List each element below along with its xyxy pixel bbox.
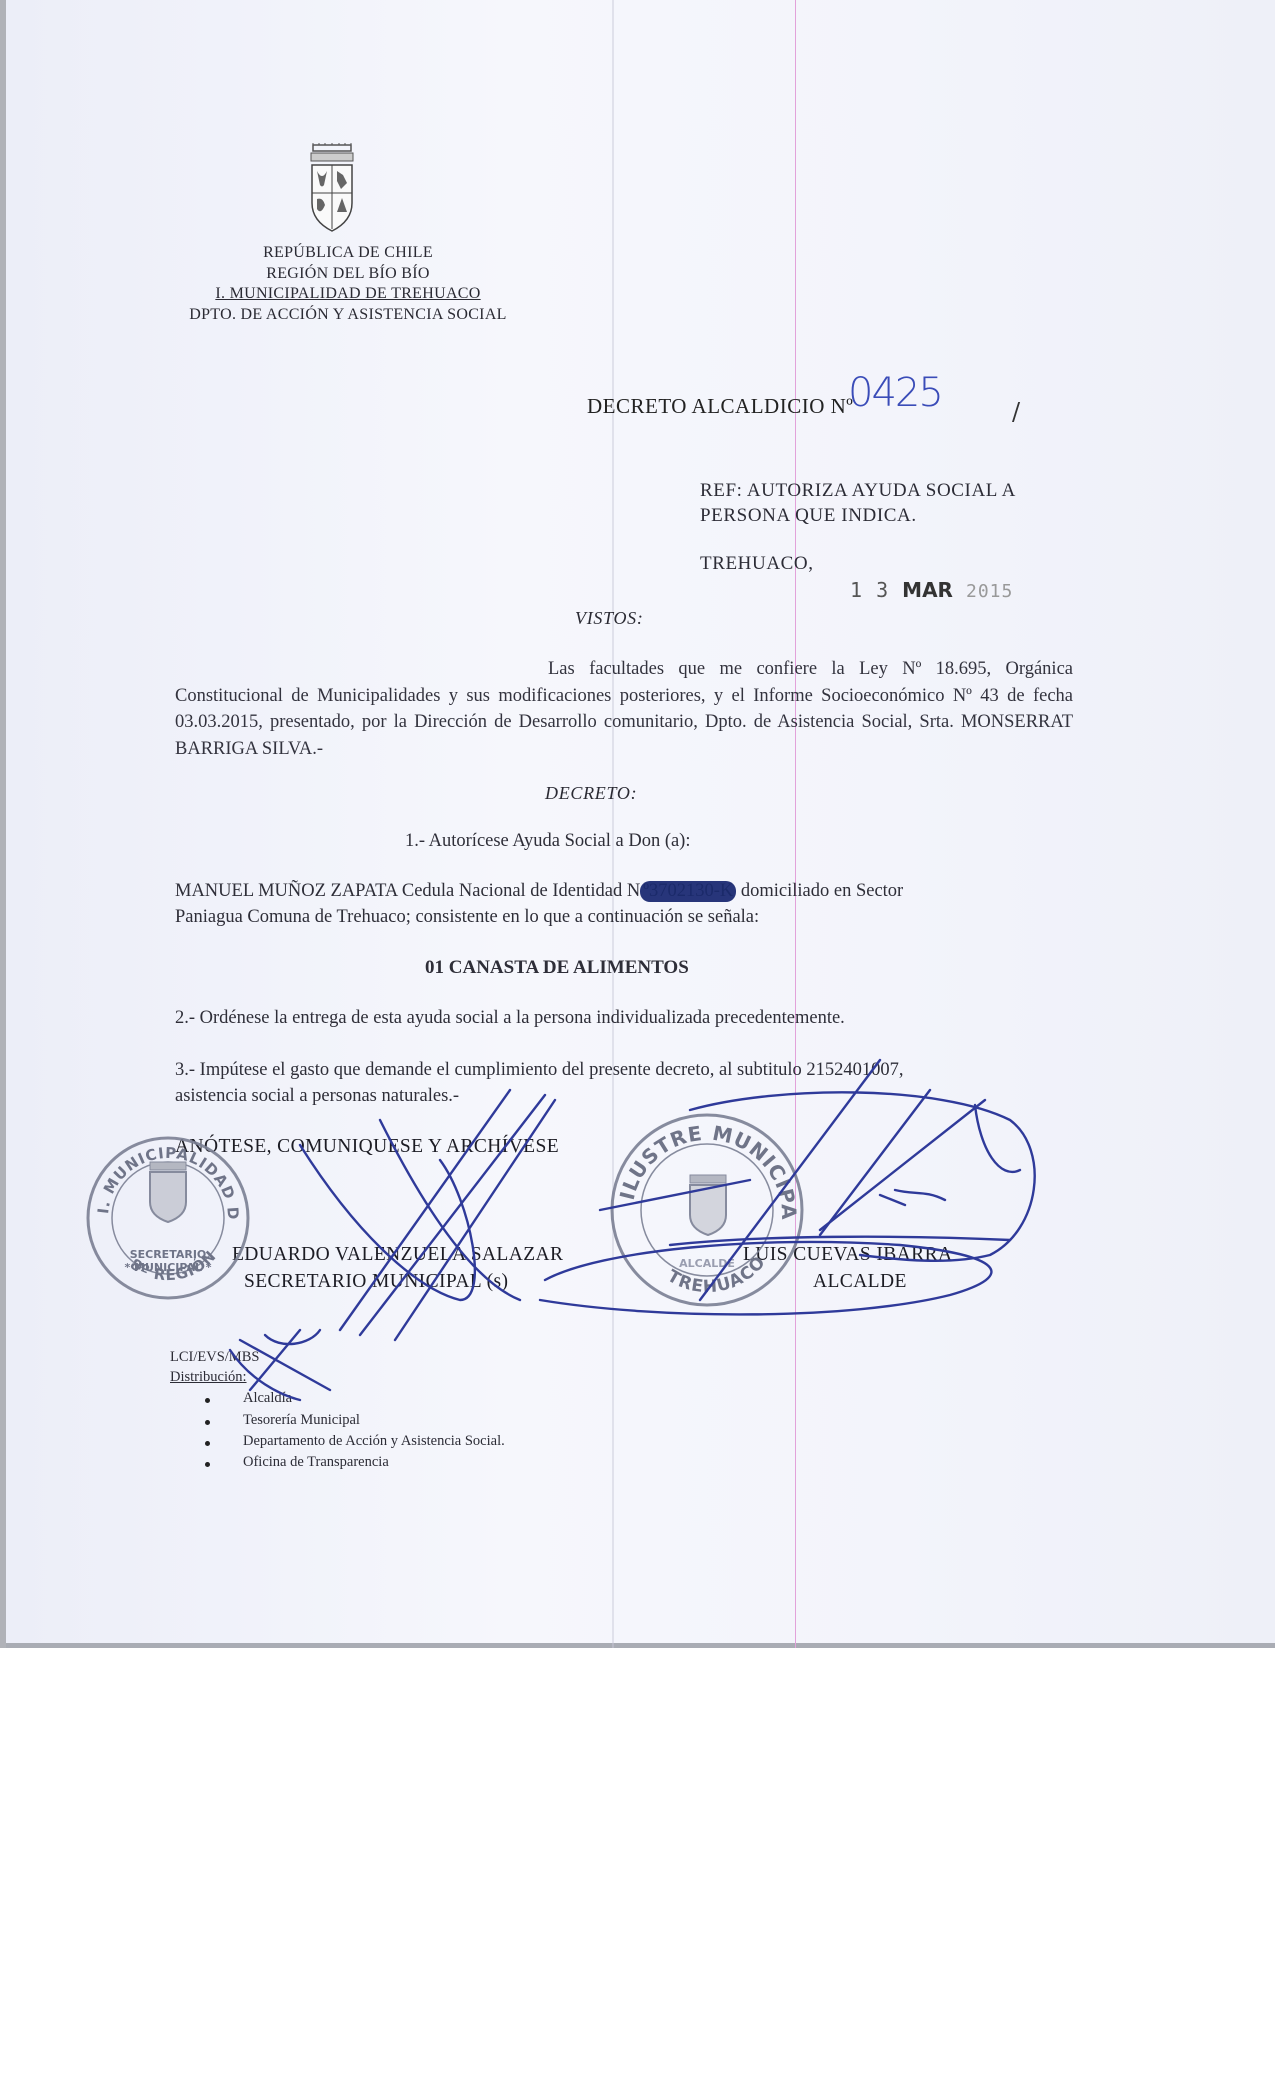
coat-of-arms-icon — [307, 143, 357, 233]
bullet-icon — [205, 1441, 210, 1446]
beneficiary-line2: Paniagua Comuna de Trehuaco; consistente… — [175, 907, 759, 928]
date-month: MAR — [902, 578, 953, 602]
fold-line — [612, 0, 614, 1648]
signer2-name: LUIS CUEVAS IBARRA — [743, 1244, 952, 1266]
article-1: 1.- Autorícese Ayuda Social a Don (a): — [405, 831, 691, 852]
aid-item: 01 CANASTA DE ALIMENTOS — [425, 957, 689, 979]
bullet-icon — [205, 1398, 210, 1403]
distribution-item: Tesorería Municipal — [243, 1412, 360, 1429]
beneficiary-name: MANUEL MUÑOZ ZAPATA Cedula Nacional de I… — [175, 881, 640, 901]
signer1-role: SECRETARIO MUNICIPAL (s) — [244, 1271, 508, 1293]
decreto-heading: DECRETO: — [545, 783, 637, 804]
reference: REF: AUTORIZA AYUDA SOCIAL A PERSONA QUE… — [700, 478, 1016, 528]
signer1-name: EDUARDO VALENZUELA SALAZAR — [232, 1244, 563, 1266]
bullet-icon — [205, 1420, 210, 1425]
header-department: DPTO. DE ACCIÓN Y ASISTENCIA SOCIAL — [178, 305, 518, 326]
closing-formula: ANÓTESE, COMUNIQUESE Y ARCHÍVESE — [175, 1136, 559, 1158]
bullet-icon — [205, 1462, 210, 1467]
distribution-item: Oficina de Transparencia — [243, 1454, 389, 1471]
article-3-line2: asistencia social a personas naturales.- — [175, 1086, 459, 1107]
header-municipality: I. MUNICIPALIDAD DE TREHUACO — [178, 284, 518, 305]
header-region: REGIÓN DEL BÍO BÍO — [178, 264, 518, 285]
place: TREHUACO, — [700, 553, 814, 575]
decree-title: DECRETO ALCALDICIO Nº — [587, 394, 853, 419]
beneficiary-address: domiciliado en Sector — [736, 881, 903, 901]
distribution-item: Alcaldía — [243, 1390, 292, 1407]
date-year: 2015 — [966, 581, 1013, 602]
fold-line-pink — [795, 0, 796, 1648]
date-day: 1 3 — [850, 578, 889, 602]
article-2: 2.- Ordénese la entrega de esta ayuda so… — [175, 1008, 845, 1029]
distribution-label: Distribución: — [170, 1369, 247, 1386]
article-3-line1: 3.- Impútese el gasto que demande el cum… — [175, 1060, 904, 1081]
vistos-text: Las facultades que me confiere la Ley Nº… — [175, 656, 1073, 762]
vistos-heading: VISTOS: — [575, 608, 644, 629]
reference-line2: PERSONA QUE INDICA. — [700, 503, 1016, 528]
beneficiary-line1: MANUEL MUÑOZ ZAPATA Cedula Nacional de I… — [175, 881, 903, 902]
reference-line1: REF: AUTORIZA AYUDA SOCIAL A — [700, 478, 1016, 503]
decree-number: 0425 — [848, 370, 942, 416]
redacted-id: º3702130-K — [640, 881, 736, 902]
decree-number-slash: / — [1012, 398, 1020, 426]
date-stamp: 1 3 MAR 2015 — [850, 578, 1013, 602]
initials: LCI/EVS/MBS — [170, 1349, 259, 1366]
signer2-role: ALCALDE — [813, 1271, 907, 1293]
distribution-item: Departamento de Acción y Asistencia Soci… — [243, 1433, 505, 1450]
header-republic: REPÚBLICA DE CHILE — [178, 243, 518, 264]
header-municipality-text: I. MUNICIPALIDAD DE TREHUACO — [215, 285, 480, 302]
